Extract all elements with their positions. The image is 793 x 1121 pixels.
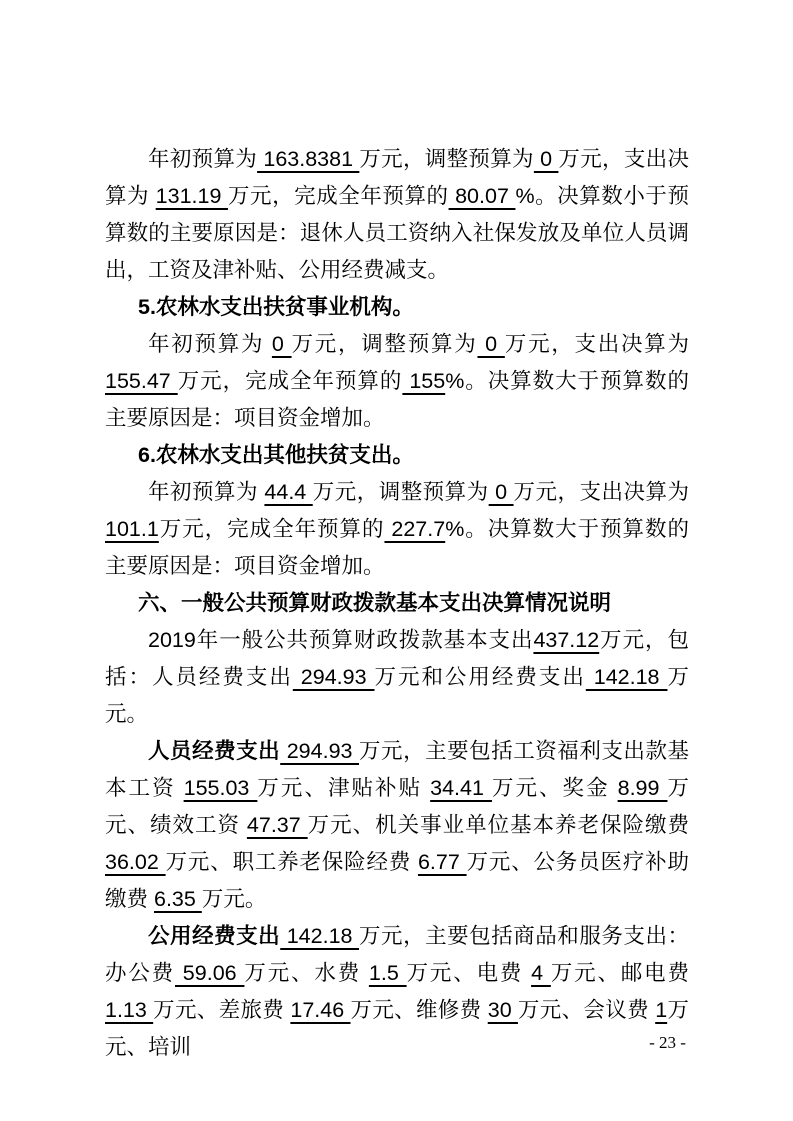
text-segment: 万元、水费 bbox=[244, 961, 368, 985]
document-page: 年初预算为 163.8381 万元，调整预算为 0 万元，支出决算为 131.1… bbox=[0, 0, 793, 1121]
underlined-value: 155 bbox=[402, 369, 445, 393]
text-segment: 年初预算为 bbox=[148, 480, 264, 504]
underlined-value: 0 bbox=[477, 332, 504, 356]
underlined-value: 44.4 bbox=[264, 480, 312, 504]
text-segment: 万元、奖金 bbox=[492, 776, 618, 800]
underlined-value: 1.13 bbox=[105, 998, 153, 1022]
underlined-value: 142.18 bbox=[280, 924, 359, 948]
underlined-value: 59.06 bbox=[175, 961, 244, 985]
underlined-value: 131.19 bbox=[156, 184, 228, 208]
underlined-value: 6.77 bbox=[418, 850, 467, 874]
text-segment: 万元，调整预算为 bbox=[292, 332, 478, 356]
text-segment: 万元、电费 bbox=[407, 961, 531, 985]
text-segment: 万元、津贴补贴 bbox=[257, 776, 430, 800]
underlined-value: 6.35 bbox=[154, 887, 202, 911]
section-heading: 5.农林水支出扶贫事业机构。 bbox=[105, 289, 689, 326]
underlined-value: 101.1 bbox=[105, 517, 159, 541]
paragraph: 人员经费支出 294.93 万元，主要包括工资福利支出款基本工资 155.03 … bbox=[105, 733, 689, 918]
text-segment: 6.农林水支出其他扶贫支出。 bbox=[138, 443, 414, 467]
underlined-value: 0 bbox=[489, 480, 514, 504]
underlined-value: 142.18 bbox=[586, 665, 668, 689]
text-segment: 公用经费支出 bbox=[148, 924, 280, 948]
paragraph: 年初预算为 44.4 万元，调整预算为 0 万元，支出决算为 101.1万元，完… bbox=[105, 474, 689, 585]
text-segment: 万元、邮电费 bbox=[551, 961, 689, 985]
text-segment: 万元，支出决算为 bbox=[505, 332, 689, 356]
text-segment: 万元，支出决算为 bbox=[514, 480, 689, 504]
text-segment: 2019年一般公共预算财政拨款基本支出 bbox=[148, 628, 533, 652]
underlined-value: 8.99 bbox=[618, 776, 668, 800]
underlined-value: 47.37 bbox=[247, 813, 308, 837]
document-body: 年初预算为 163.8381 万元，调整预算为 0 万元，支出决算为 131.1… bbox=[105, 141, 689, 1066]
underlined-value: 30 bbox=[488, 998, 518, 1022]
underlined-value: 227.7 bbox=[384, 517, 445, 541]
underlined-value: 1.5 bbox=[369, 961, 407, 985]
underlined-value: 294.93 bbox=[280, 739, 359, 763]
underlined-value: 155.47 bbox=[105, 369, 178, 393]
text-segment: 万元，完成全年预算的 bbox=[178, 369, 403, 393]
text-segment: 万元，调整预算为 bbox=[359, 147, 534, 171]
text-segment: 六、一般公共预算财政拨款基本支出决算情况说明 bbox=[138, 591, 611, 615]
paragraph: 公用经费支出 142.18 万元，主要包括商品和服务支出：办公费 59.06 万… bbox=[105, 918, 689, 1066]
section-heading: 六、一般公共预算财政拨款基本支出决算情况说明 bbox=[105, 585, 689, 622]
text-segment: 年初预算为 bbox=[148, 147, 257, 171]
paragraph: 年初预算为 0 万元，调整预算为 0 万元，支出决算为 155.47 万元，完成… bbox=[105, 326, 689, 437]
text-segment: 人员经费支出 bbox=[148, 739, 280, 763]
text-segment: 万元和公用经费支出 bbox=[375, 665, 586, 689]
underlined-value: 4 bbox=[531, 961, 551, 985]
underlined-value: 34.41 bbox=[430, 776, 492, 800]
text-segment: 万元。 bbox=[202, 887, 267, 911]
text-segment: 5.农林水支出扶贫事业机构。 bbox=[138, 295, 414, 319]
text-segment: 万元、维修费 bbox=[351, 998, 488, 1022]
underlined-value: 294.93 bbox=[293, 665, 375, 689]
section-heading: 6.农林水支出其他扶贫支出。 bbox=[105, 437, 689, 474]
text-segment: 万元，调整预算为 bbox=[313, 480, 489, 504]
underlined-value: 36.02 bbox=[105, 850, 166, 874]
text-segment: 万元、差旅费 bbox=[153, 998, 290, 1022]
underlined-value: 0 bbox=[534, 147, 559, 171]
text-segment: 年初预算为 bbox=[148, 332, 272, 356]
page-number: - 23 - bbox=[640, 1033, 695, 1053]
underlined-value: 155.03 bbox=[184, 776, 258, 800]
text-segment: 万元，完成全年预算的 bbox=[159, 517, 385, 541]
text-segment: 万元、职工养老保险经费 bbox=[166, 850, 418, 874]
underlined-value: 437.12 bbox=[533, 628, 599, 652]
text-segment: 万元、会议费 bbox=[518, 998, 655, 1022]
underlined-value: 80.07 bbox=[449, 184, 516, 208]
underlined-value: 0 bbox=[272, 332, 292, 356]
underlined-value: 1 bbox=[655, 998, 667, 1022]
text-segment: 万元、机关事业单位基本养老保险缴费 bbox=[308, 813, 689, 837]
underlined-value: 17.46 bbox=[290, 998, 350, 1022]
paragraph: 年初预算为 163.8381 万元，调整预算为 0 万元，支出决算为 131.1… bbox=[105, 141, 689, 289]
paragraph: 2019年一般公共预算财政拨款基本支出437.12万元，包括：人员经费支出 29… bbox=[105, 622, 689, 733]
underlined-value: 163.8381 bbox=[257, 147, 359, 171]
text-segment: 万元，完成全年预算的 bbox=[228, 184, 449, 208]
